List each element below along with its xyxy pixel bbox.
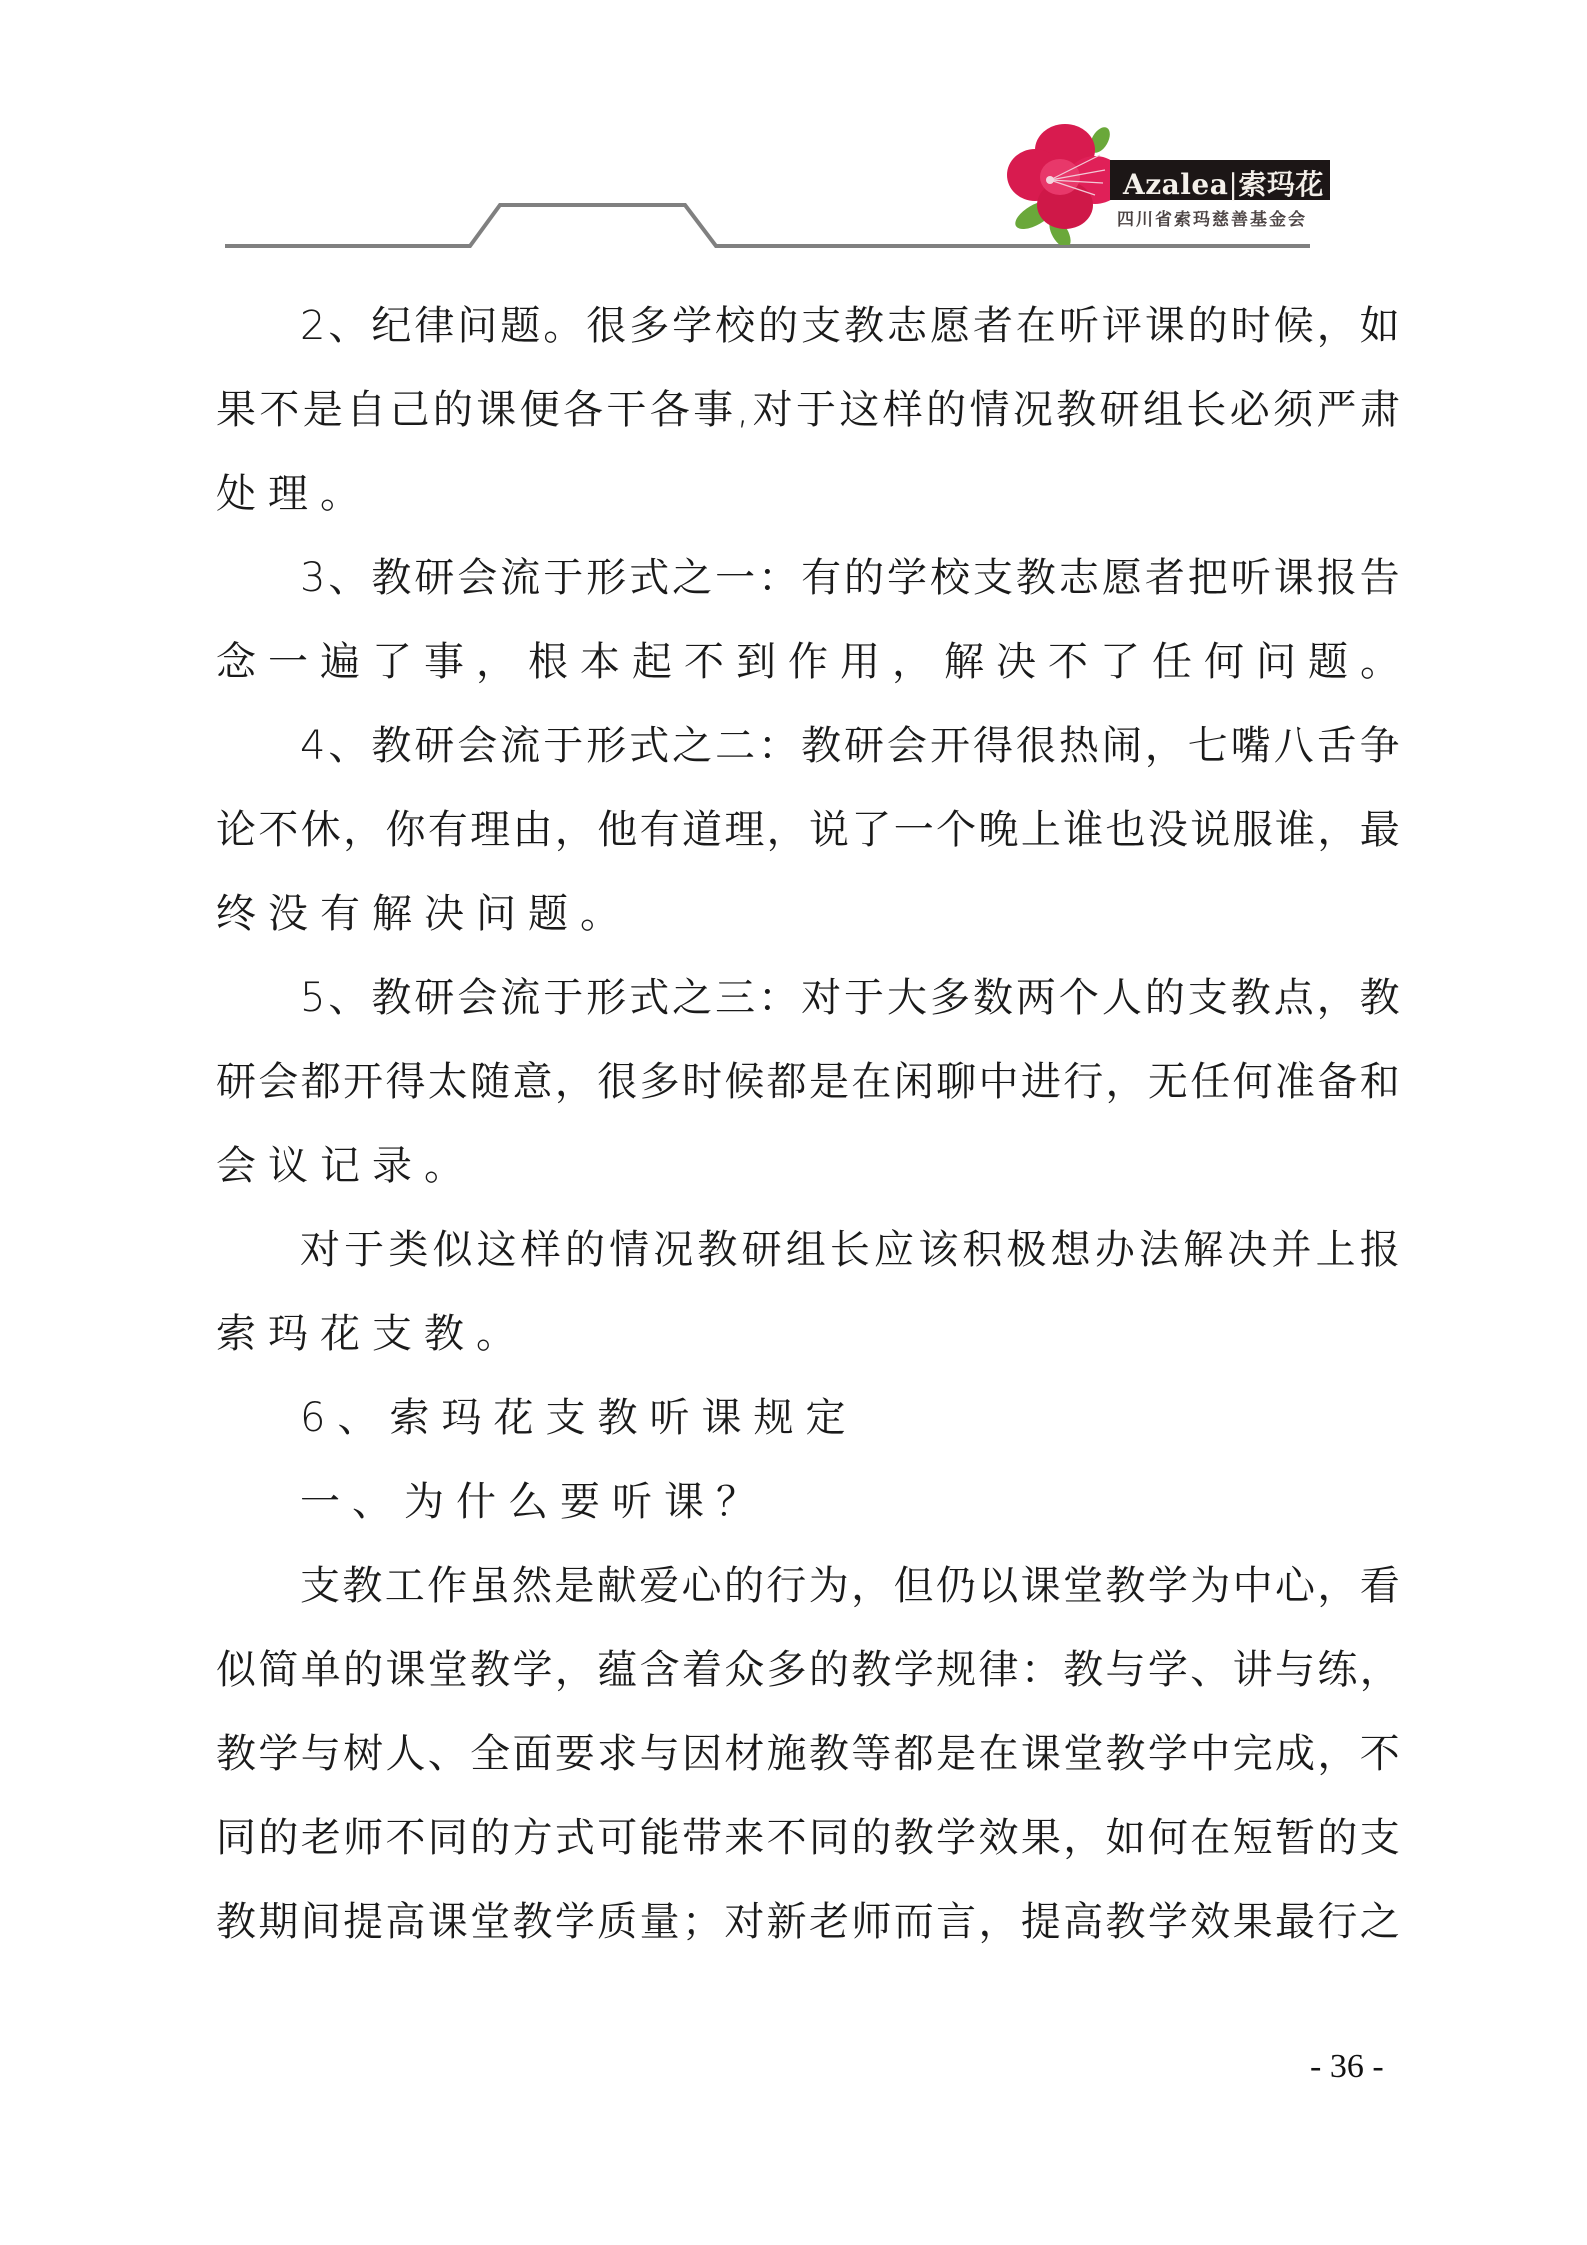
text-line: 处理。: [216, 464, 1400, 548]
logo-divider: |: [1228, 168, 1238, 201]
logo-brand-en: Azalea: [1123, 168, 1228, 201]
text-line: 2、纪律问题。很多学校的支教志愿者在听评课的时候，如: [216, 296, 1400, 380]
text-line: 支教工作虽然是献爱心的行为，但仍以课堂教学为中心，看: [216, 1556, 1400, 1640]
azalea-logo: Azalea|索玛花 四川省索玛慈善基金会: [1005, 115, 1335, 245]
text-line: 索玛花支教。: [216, 1304, 1400, 1388]
text-line: 教期间提高课堂教学质量；对新老师而言，提高教学效果最行之: [216, 1892, 1400, 1976]
header-rule: [0, 0, 1587, 280]
text-line: 6、索玛花支教听课规定: [216, 1388, 1400, 1472]
text-line: 终没有解决问题。: [216, 884, 1400, 968]
logo-title: Azalea|索玛花: [1123, 163, 1324, 203]
text-line: 似简单的课堂教学，蕴含着众多的教学规律：教与学、讲与练，: [216, 1640, 1400, 1724]
text-line: 论不休，你有理由，他有道理，说了一个晚上谁也没说服谁，最: [216, 800, 1400, 884]
text-line: 念一遍了事，根本起不到作用，解决不了任何问题。: [216, 632, 1400, 716]
text-line: 3、教研会流于形式之一：有的学校支教志愿者把听课报告: [216, 548, 1400, 632]
text-line: 一、为什么要听课？: [216, 1472, 1400, 1556]
text-line: 研会都开得太随意，很多时候都是在闲聊中进行，无任何准备和: [216, 1052, 1400, 1136]
text-line: 4、教研会流于形式之二：教研会开得很热闹，七嘴八舌争: [216, 716, 1400, 800]
logo-brand-cn: 索玛花: [1238, 168, 1324, 201]
text-line: 教学与树人、全面要求与因材施教等都是在课堂教学中完成，不: [216, 1724, 1400, 1808]
logo-organization: 四川省索玛慈善基金会: [1117, 205, 1307, 230]
document-body: 2、纪律问题。很多学校的支教志愿者在听评课的时候，如果不是自己的课便各干各事,对…: [216, 296, 1400, 1976]
text-line: 会议记录。: [216, 1136, 1400, 1220]
text-line: 果不是自己的课便各干各事,对于这样的情况教研组长必须严肃: [216, 380, 1400, 464]
text-line: 5、教研会流于形式之三：对于大多数两个人的支教点，教: [216, 968, 1400, 1052]
page-number: - 36 -: [1310, 2048, 1384, 2086]
text-line: 对于类似这样的情况教研组长应该积极想办法解决并上报: [216, 1220, 1400, 1304]
text-line: 同的老师不同的方式可能带来不同的教学效果，如何在短暂的支: [216, 1808, 1400, 1892]
